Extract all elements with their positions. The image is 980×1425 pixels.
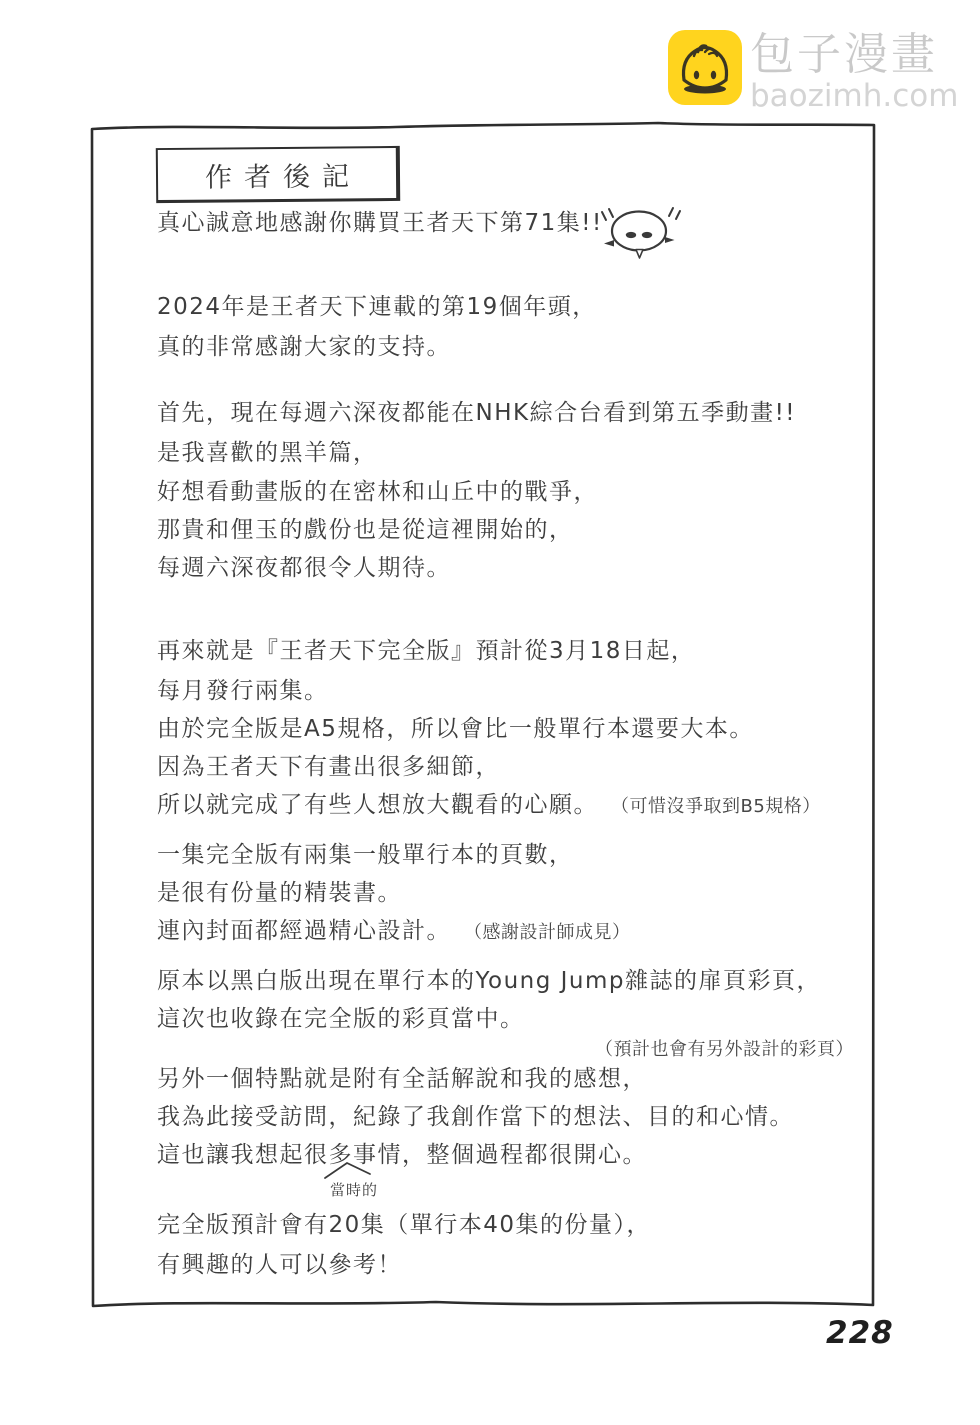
- text-line: 這次也收錄在完全版的彩頁當中。（預計也會有另外設計的彩頁）: [157, 1004, 525, 1034]
- text-line: 原本以黑白版出現在單行本的Young Jump雜誌的扉頁彩頁，: [157, 966, 821, 996]
- text-line: 是很有份量的精裝書。: [157, 878, 402, 908]
- text-line: 由於完全版是A5規格，所以會比一般單行本還要大本。: [157, 714, 754, 744]
- text-line: 首先，現在每週六深夜都能在NHK綜合台看到第五季動畫!!: [157, 398, 796, 428]
- text-line: 連內封面都經過精心設計。（感謝設計師成見）: [157, 916, 631, 948]
- side-note: （感謝設計師成見）: [473, 922, 631, 943]
- text-line: 每月發行兩集。: [157, 676, 329, 706]
- text-line: 這也讓我想起很多事情，整個過程都很開心。: [157, 1140, 647, 1170]
- text-line: 真的非常感謝大家的支持。: [157, 332, 451, 362]
- manga-afterword-page: 包子漫畫 baozimh.com 作者後記 真心誠意地感謝你購買王者天下第71集…: [0, 0, 980, 1425]
- text-line: 一集完全版有兩集一般單行本的頁數，: [157, 840, 574, 870]
- text-line: 完全版預計會有20集（單行本40集的份量），: [157, 1210, 651, 1240]
- page-number: 228: [826, 1315, 894, 1351]
- insertion-caret-icon: [322, 1160, 374, 1180]
- text-line: 有興趣的人可以參考！: [157, 1250, 402, 1280]
- text-line: 因為王者天下有畫出很多細節，: [157, 752, 500, 782]
- text-line: 每週六深夜都很令人期待。: [157, 553, 451, 583]
- text-line: 所以就完成了有些人想放大觀看的心願。（可惜沒爭取到B5規格）: [157, 790, 821, 822]
- text-line: 另外一個特點就是附有全話解說和我的感想，: [157, 1064, 647, 1094]
- afterword-lines: 真心誠意地感謝你購買王者天下第71集!!2024年是王者天下連載的第19個年頭，…: [157, 0, 877, 1425]
- text-line: 真心誠意地感謝你購買王者天下第71集!!: [157, 208, 603, 238]
- side-note: （可惜沒爭取到B5規格）: [620, 796, 821, 817]
- text-line: 我為此接受訪問，紀錄了我創作當下的想法、目的和心情。: [157, 1102, 794, 1132]
- text-line: 是我喜歡的黑羊篇，: [157, 438, 378, 468]
- side-note: （預計也會有另外設計的彩頁）: [595, 1035, 854, 1065]
- text-line: 2024年是王者天下連載的第19個年頭，: [157, 292, 597, 322]
- text-line: 好想看動畫版的在密林和山丘中的戰爭，: [157, 477, 598, 507]
- text-line: 再來就是『王者天下完全版』預計從3月18日起，: [157, 636, 695, 666]
- text-line: 那貴和俚玉的戲份也是從這裡開始的，: [157, 515, 574, 545]
- insertion-note: 當時的: [330, 1179, 378, 1200]
